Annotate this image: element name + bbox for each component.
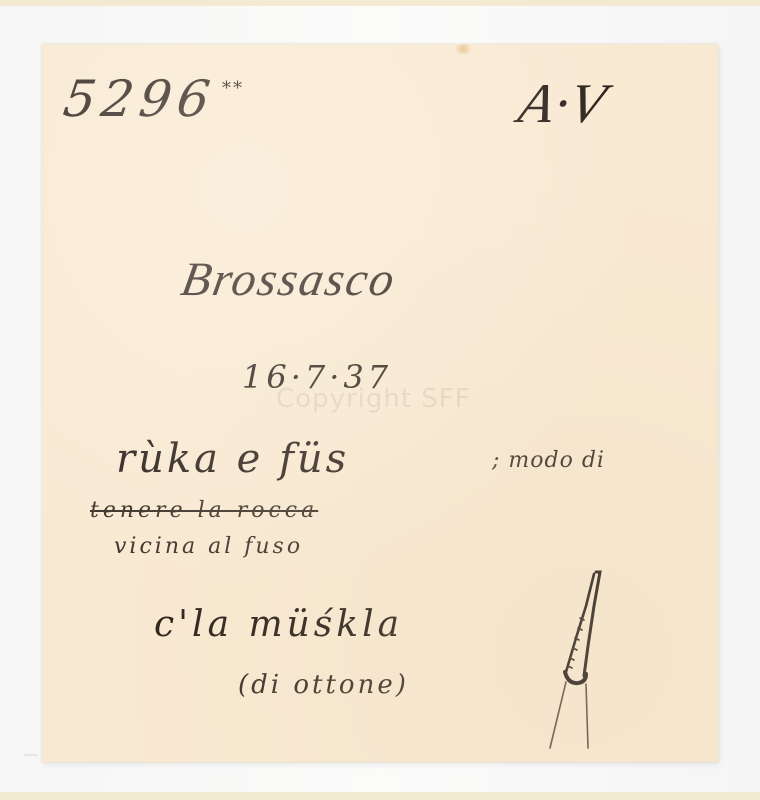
entry-gloss-line-2: tenere la rocca xyxy=(90,498,318,523)
entry-term: rùka e füs xyxy=(116,436,349,482)
entry-term-2: c'la müśkla xyxy=(154,604,403,645)
mount-edge-mark xyxy=(24,754,38,756)
entry-gloss-line-3: vicina al fuso xyxy=(114,534,303,559)
catalog-number: 5296 xyxy=(60,70,219,128)
bottom-paper-strip xyxy=(0,792,760,800)
collector-initials: A·V xyxy=(513,72,612,136)
distaff-spindle-sketch-icon xyxy=(538,566,618,756)
entry-note: (di ottone) xyxy=(238,670,409,700)
paper-stain xyxy=(452,44,474,54)
entry-gloss-inline: ; modo di xyxy=(492,448,605,473)
specimen-card: 5296 ** A·V Brossasco 16·7·37 Copyright … xyxy=(42,44,718,762)
place-name: Brossasco xyxy=(177,252,400,307)
catalog-marks: ** xyxy=(222,78,244,99)
copyright-watermark: Copyright SFF xyxy=(276,384,471,414)
